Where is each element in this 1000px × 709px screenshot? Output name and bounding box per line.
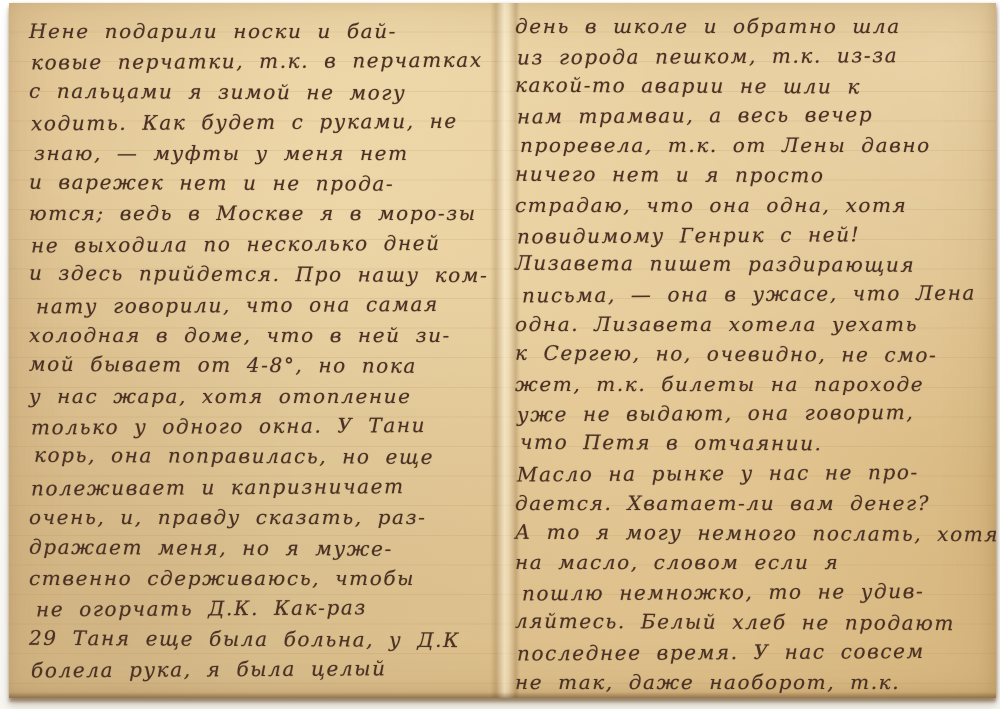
handwritten-line: нам трамваи, а весь вечер xyxy=(517,100,996,133)
handwritten-line: ковые перчатки, т.к. в перчатках xyxy=(31,45,497,78)
handwritten-line: с пальцами я зимой не могу xyxy=(29,76,495,109)
handwritten-line: день в школе и обратно шла xyxy=(515,12,995,42)
handwritten-line: Лизавета пишет раздирающия xyxy=(515,249,995,281)
handwritten-line: уже не выдают, она говорит, xyxy=(517,398,996,431)
handwritten-line: Масло на рынке у нас не про- xyxy=(517,457,996,490)
handwritten-line: из города пешком, т.к. из-за xyxy=(517,40,996,73)
handwritten-line: холодная в доме, что в ней зи- xyxy=(29,320,495,350)
handwritten-line: знаю, — муфты у меня нет xyxy=(29,138,495,168)
handwritten-line: дражает меня, но я муже- xyxy=(29,531,495,564)
paper-bottom-edge-shadow xyxy=(9,692,996,698)
handwritten-line: пошлю немножко, то не удив- xyxy=(517,577,996,610)
handwritten-line: дается. Хватает-ли вам денег? xyxy=(515,489,995,519)
letter-paper: Нене подарили носки и бай-ковые перчатки… xyxy=(9,3,996,698)
handwritten-line: ственно сдерживаюсь, чтобы xyxy=(29,563,495,593)
handwritten-line: последнее время. У нас совсем xyxy=(517,636,996,669)
handwritten-line: корь, она поправилась, но еще xyxy=(29,440,495,473)
handwritten-line: Нене подарили носки и бай- xyxy=(29,16,495,46)
handwritten-line: ются; ведь в Москве я в моро-зы xyxy=(29,198,495,228)
handwritten-line: А то я могу немного послать, хотя-бы xyxy=(515,517,995,549)
handwritten-line: одна. Лизавета хотела уехать xyxy=(515,310,995,340)
handwritten-line: жет, т.к. билеты на пароходе xyxy=(515,370,995,400)
handwritten-line: не выходила по несколько дней xyxy=(31,227,497,260)
handwritten-line: полеживает и капризничает xyxy=(31,470,497,503)
handwritten-line: и варежек нет и не прода- xyxy=(29,167,495,200)
letter-page-right: день в школе и обратно шлаиз города пешк… xyxy=(515,12,995,697)
handwritten-line: на масло, словом если я xyxy=(515,548,995,578)
letter-page-left: Нене подарили носки и бай-ковые перчатки… xyxy=(29,16,495,685)
handwritten-line: ходить. Как будет с руками, не xyxy=(31,106,497,139)
handwritten-line: болела рука, я была целый xyxy=(31,653,497,686)
center-fold-crease xyxy=(490,3,520,698)
handwritten-line: ляйтесь. Белый хлеб не продают xyxy=(515,607,995,639)
handwritten-line: очень, и, правду сказать, раз- xyxy=(29,502,495,532)
handwritten-line: не огорчать Д.К. Как-раз xyxy=(31,592,497,625)
handwritten-line: нату говорили, что она самая xyxy=(31,288,497,321)
handwritten-line: какой-то аварии не шли к xyxy=(515,70,995,102)
handwritten-line: к Сергею, но, очевидно, не смо- xyxy=(515,339,995,371)
handwritten-line: повидимому Генрик с ней! xyxy=(517,219,996,252)
handwritten-line: ничего нет и я просто xyxy=(515,160,995,192)
handwritten-line: только у одного окна. У Тани xyxy=(31,410,497,443)
handwritten-line: мой бывает от 4-8°, но пока xyxy=(29,349,495,382)
handwritten-line: 29 Таня еще была больна, у Д.К xyxy=(29,623,495,656)
handwritten-line: страдаю, что она одна, хотя xyxy=(515,191,995,221)
letter-scan: Нене подарили носки и бай-ковые перчатки… xyxy=(0,0,1000,709)
handwritten-line: письма, — она в ужасе, что Лена xyxy=(517,279,996,312)
handwritten-line: что Петя в отчаянии. xyxy=(515,428,995,460)
handwritten-line: проревела, т.к. от Лены давно xyxy=(515,131,995,161)
handwritten-line: и здесь прийдется. Про нашу ком- xyxy=(29,258,495,291)
handwritten-line: у нас жара, хотя отопление xyxy=(29,381,495,411)
